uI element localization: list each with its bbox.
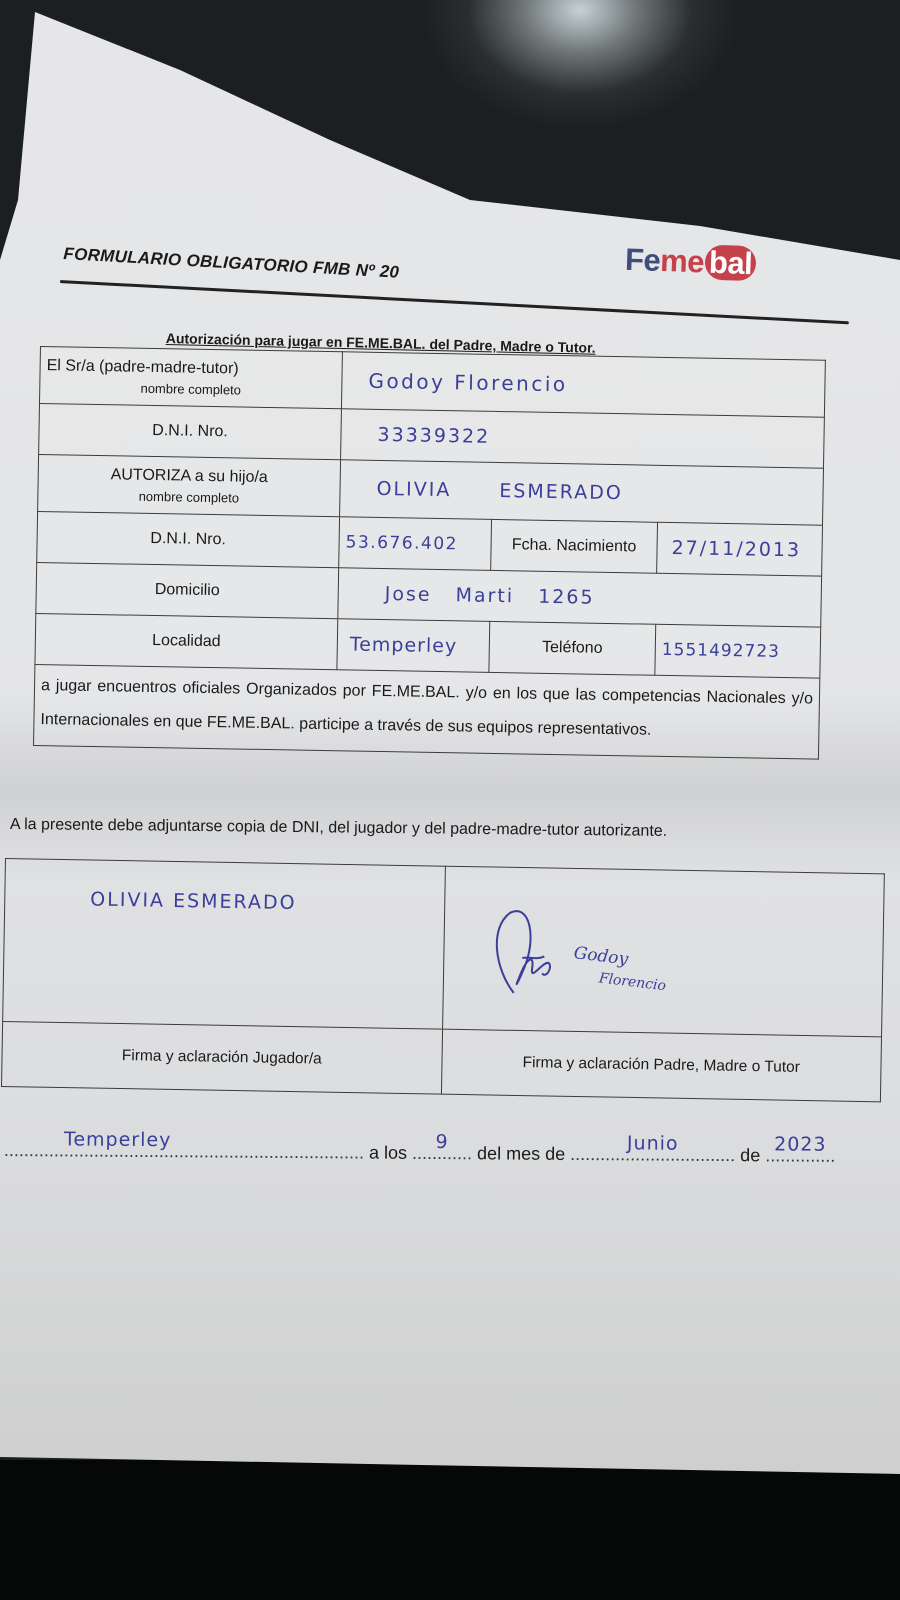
address-label-cell: Domicilio [36,562,339,618]
player-signature-caption: Firma y aclaración Jugador/a [122,1047,322,1067]
locality-value: Temperley [344,633,458,657]
locality-label: Localidad [152,632,221,650]
day-field[interactable]: ............9 [412,1143,472,1164]
parent-signature-text: Godoy Florencio [569,942,669,997]
child-name-field[interactable]: OLIVIA ESMERADO [340,460,824,525]
authorization-text: a jugar encuentros oficiales Organizados… [40,677,813,739]
parent-dni-field[interactable]: 33339322 [341,409,825,468]
parent-dni-label: D.N.I. Nro. [152,422,228,440]
parent-name-field[interactable]: Godoy Florencio [341,352,825,417]
background-table-edge [0,1460,900,1600]
parent-name-label-cell: El Sr/a (padre-madre-tutor) nombre compl… [39,347,342,409]
del-mes-text: del mes de [477,1143,565,1164]
birthdate-label-cell: Fcha. Nacimiento [491,519,658,573]
logo-text-fe: Fe [624,242,660,278]
parent-dni-label-cell: D.N.I. Nro. [39,403,342,459]
parent-sublabel: nombre completo [46,379,335,399]
player-signature-box[interactable]: OLIVIA ESMERADO [3,859,445,1030]
birthdate-value: 27/11/2013 [663,537,801,561]
de-text: de [740,1145,760,1165]
parent-label: El Sr/a (padre-madre-tutor) [47,357,336,380]
place-field[interactable]: ........................................… [4,1140,364,1164]
logo-text-me: me [660,243,705,280]
child-dni-value: 53.676.402 [345,532,458,554]
parent-signature-caption: Firma y aclaración Padre, Madre o Tutor [522,1054,800,1076]
a-los-text: a los [369,1143,407,1163]
year-field[interactable]: ..............2023 [765,1145,835,1166]
month-value: Junio [570,1132,735,1155]
paper-sheet [0,0,900,1600]
parent-name-value: Godoy Florencio [348,368,568,396]
child-name-value: OLIVIA ESMERADO [346,477,623,504]
locality-label-cell: Localidad [35,613,338,669]
phone-label: Teléfono [542,639,603,657]
year-value: 2023 [765,1133,835,1155]
player-signature-text: OLIVIA ESMERADO [90,888,297,914]
phone-field[interactable]: 1551492723 [655,624,821,678]
child-dni-label-cell: D.N.I. Nro. [37,511,340,567]
address-value: Jose Marti 1265 [345,582,595,608]
phone-label-cell: Teléfono [489,621,656,675]
child-dni-label: D.N.I. Nro. [150,530,226,548]
address-label: Domicilio [155,581,220,599]
signature-table: OLIVIA ESMERADO Godoy Florencio Firma y … [1,858,885,1102]
authorization-text-cell: a jugar encuentros oficiales Organizados… [34,664,820,759]
place-value: Temperley [64,1128,364,1152]
parent-dni-value: 33339322 [347,423,490,447]
birthdate-field[interactable]: 27/11/2013 [657,522,823,576]
child-sublabel: nombre completo [44,487,333,507]
authorization-table: El Sr/a (padre-madre-tutor) nombre compl… [33,346,825,760]
day-value: 9 [412,1131,472,1153]
signature-scribble-icon [473,897,585,1009]
parent-signature-box[interactable]: Godoy Florencio [442,866,884,1037]
logo-text-bal: bal [704,245,756,282]
address-field[interactable]: Jose Marti 1265 [338,568,822,627]
child-name-label-cell: AUTORIZA a su hijo/a nombre completo [38,454,341,516]
month-field[interactable]: .................................Junio [570,1144,735,1166]
femebal-logo: Femebal [624,242,756,283]
locality-field[interactable]: Temperley [337,619,490,673]
phone-value: 1551492723 [662,640,781,662]
parent-signature-caption-cell: Firma y aclaración Padre, Madre o Tutor [441,1029,882,1102]
birthdate-label: Fcha. Nacimiento [512,536,637,555]
child-label: AUTORIZA a su hijo/a [45,465,334,488]
child-dni-field[interactable]: 53.676.402 [339,517,492,571]
player-signature-caption-cell: Firma y aclaración Jugador/a [2,1021,443,1094]
